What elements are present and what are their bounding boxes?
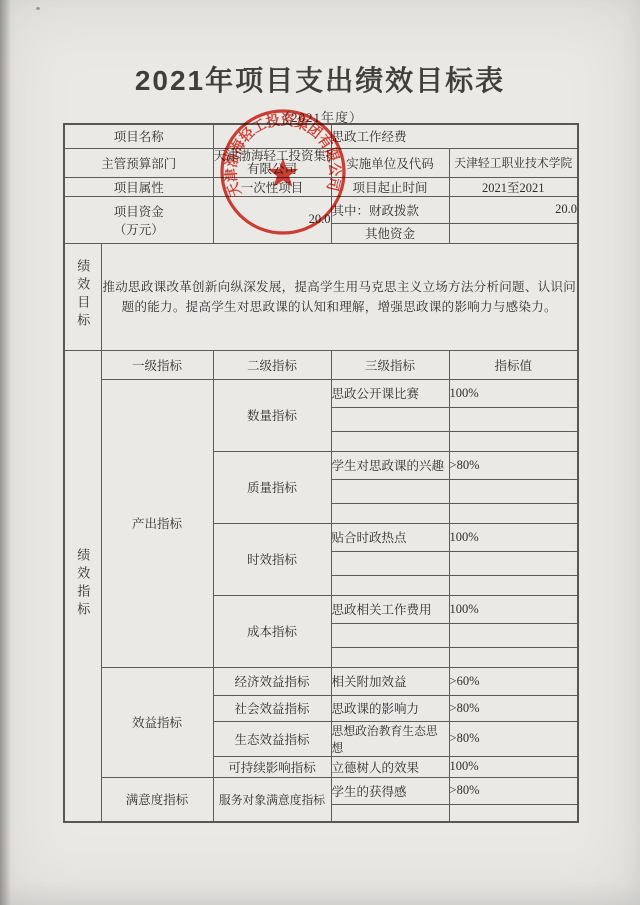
stamped-empty-cell <box>213 124 331 148</box>
level2-social-label: 社会效益指标 <box>213 695 331 721</box>
fiscal-funds-label: 其中：财政拨款 <box>331 196 449 223</box>
indicator-value-cell: 100% <box>449 523 578 551</box>
fiscal-funds-value: 20.0 <box>449 196 578 223</box>
indicator-name-cell: 思政公开课比赛 <box>331 379 449 407</box>
other-funds-label: 其他资金 <box>331 223 449 243</box>
indicator-value-cell: 100% <box>449 756 578 777</box>
empty-cell <box>331 551 449 575</box>
level1-output-label: 产出指标 <box>101 379 213 667</box>
goal-section-label: 绩效目标 <box>64 243 101 350</box>
indicator-value-cell: >80% <box>449 777 578 804</box>
attr-label: 项目属性 <box>64 177 213 196</box>
level2-sustainable-label: 可持续影响指标 <box>213 756 331 777</box>
level2-quality-label: 质量指标 <box>213 451 331 523</box>
header-level1: 一级指标 <box>101 350 213 379</box>
empty-cell <box>449 623 578 647</box>
empty-cell <box>331 431 449 451</box>
empty-cell <box>331 503 449 523</box>
empty-cell <box>449 551 578 575</box>
indicator-value-cell: 100% <box>449 595 578 623</box>
indicator-name-cell: 思想政治教育生态思想 <box>331 721 449 756</box>
empty-cell <box>331 479 449 503</box>
level1-satisfaction-label: 满意度指标 <box>101 777 213 822</box>
indicator-name-cell: 贴合时政热点 <box>331 523 449 551</box>
empty-cell <box>449 575 578 595</box>
indicator-name-cell: 学生的获得感 <box>331 777 449 804</box>
level2-ecological-label: 生态效益指标 <box>213 721 331 756</box>
indicator-name-cell: 思政相关工作费用 <box>331 595 449 623</box>
empty-cell <box>331 804 449 822</box>
period-value: 2021至2021 <box>449 177 578 196</box>
indicator-name-cell: 立德树人的效果 <box>331 756 449 777</box>
empty-cell <box>449 503 578 523</box>
indicator-name-cell: 思政课的影响力 <box>331 695 449 721</box>
level2-quantity-label: 数量指标 <box>213 379 331 451</box>
scanned-document-page: { "page": { "title": "2021年项目支出绩效目标表", "… <box>0 0 640 905</box>
header-level2: 二级指标 <box>213 350 331 379</box>
header-level3: 三级指标 <box>331 350 449 379</box>
scan-speck <box>36 7 40 10</box>
indicator-value-cell: >60% <box>449 667 578 695</box>
level1-benefit-label: 效益指标 <box>101 667 213 777</box>
empty-cell <box>331 623 449 647</box>
dept-value: 天津渤海轻工投资集团 有限公司 <box>213 148 331 177</box>
level2-timeliness-label: 时效指标 <box>213 523 331 595</box>
empty-cell <box>331 575 449 595</box>
project-name-value: 思政工作经费 <box>331 124 578 148</box>
header-value: 指标值 <box>449 350 578 379</box>
level2-satisfaction-label: 服务对象满意度指标 <box>213 777 331 822</box>
scan-left-edge-shadow <box>0 0 11 905</box>
indicator-value-cell: 100% <box>449 379 578 407</box>
empty-cell <box>331 647 449 667</box>
empty-cell <box>449 431 578 451</box>
other-funds-value <box>449 223 578 243</box>
level2-cost-label: 成本指标 <box>213 595 331 667</box>
impl-unit-label: 实施单位及代码 <box>331 148 449 177</box>
level2-economic-label: 经济效益指标 <box>213 667 331 695</box>
empty-cell <box>331 407 449 431</box>
attr-value: 一次性项目 <box>213 177 331 196</box>
dept-value-line2: 有限公司 <box>214 163 331 176</box>
empty-cell <box>449 479 578 503</box>
empty-cell <box>449 804 578 822</box>
empty-cell <box>449 407 578 431</box>
funds-label-line1: 项目资金 <box>65 202 213 220</box>
empty-cell <box>449 647 578 667</box>
project-name-label: 项目名称 <box>64 124 213 148</box>
indicators-section-label: 绩效指标 <box>64 350 101 822</box>
impl-unit-value: 天津轻工职业技术学院 <box>449 148 578 177</box>
period-label: 项目起止时间 <box>331 177 449 196</box>
indicator-value-cell: >80% <box>449 451 578 479</box>
indicator-value-cell: >80% <box>449 695 578 721</box>
funds-total: 20.0 <box>213 196 331 243</box>
dept-value-line1: 天津渤海轻工投资集团 <box>214 150 331 163</box>
indicator-name-cell: 相关附加效益 <box>331 667 449 695</box>
dept-label: 主管预算部门 <box>64 148 213 177</box>
performance-target-table: 项目名称 思政工作经费 主管预算部门 天津渤海轻工投资集团 有限公司 实施单位及… <box>63 123 579 823</box>
funds-label: 项目资金 （万元） <box>64 196 213 243</box>
indicator-name-cell: 学生对思政课的兴趣 <box>331 451 449 479</box>
indicator-value-cell: >80% <box>449 721 578 756</box>
funds-label-line2: （万元） <box>65 220 213 238</box>
goal-text: 推动思政课改革创新向纵深发展，提高学生用马克思主义立场方法分析问题、认识问题的能… <box>101 243 578 350</box>
document-title: 2021年项目支出绩效目标表 <box>0 59 640 99</box>
